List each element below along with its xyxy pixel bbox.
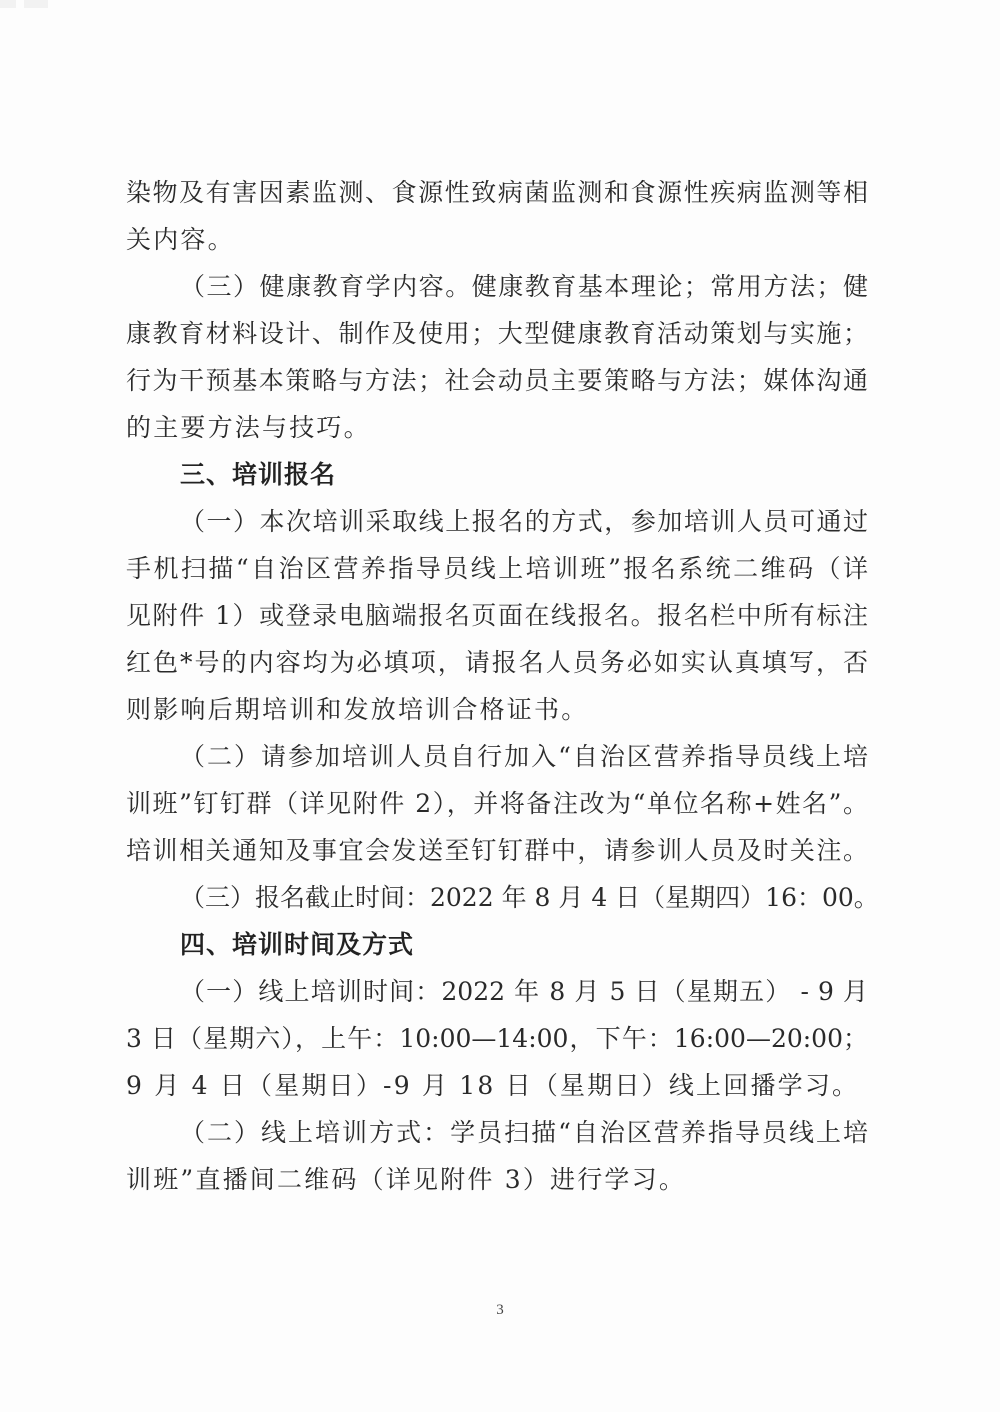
paragraph-line: 3 日（星期六），上午：10:00—14:00，下午：16:00—20:00；	[126, 1015, 868, 1062]
paragraph-line: （二）请参加培训人员自行加入“自治区营养指导员线上培	[126, 733, 868, 780]
paragraph-line: （一）本次培训采取线上报名的方式，参加培训人员可通过	[126, 498, 868, 545]
scan-artifact	[0, 0, 100, 8]
paragraph-line: （三）报名截止时间：2022 年 8 月 4 日（星期四）16：00。	[126, 874, 868, 921]
page-number: 3	[0, 1302, 1000, 1319]
paragraph-line: 训班”钉钉群（详见附件 2），并将备注改为“单位名称+姓名”。	[126, 780, 868, 827]
paragraph-line: 手机扫描“自治区营养指导员线上培训班”报名系统二维码（详	[126, 545, 868, 592]
section-heading: 四、培训时间及方式	[126, 921, 868, 968]
paragraph-line: 9 月 4 日（星期日）-9 月 18 日（星期日）线上回播学习。	[126, 1062, 868, 1109]
paragraph-line: （一）线上培训时间：2022 年 8 月 5 日（星期五） - 9 月	[126, 968, 868, 1015]
paragraph-line: 则影响后期培训和发放培训合格证书。	[126, 686, 868, 733]
paragraph-line: 的主要方法与技巧。	[126, 404, 868, 451]
paragraph-line: 培训相关通知及事宜会发送至钉钉群中，请参训人员及时关注。	[126, 827, 868, 874]
paragraph-line: 行为干预基本策略与方法；社会动员主要策略与方法；媒体沟通	[126, 357, 868, 404]
paragraph-line: 见附件 1）或登录电脑端报名页面在线报名。报名栏中所有标注	[126, 592, 868, 639]
section-heading: 三、培训报名	[126, 451, 868, 498]
paragraph-line: 康教育材料设计、制作及使用；大型健康教育活动策划与实施；	[126, 310, 868, 357]
document-page-body: 染物及有害因素监测、食源性致病菌监测和食源性疾病监测等相 关内容。 （三）健康教…	[126, 169, 868, 1203]
paragraph-line: （三）健康教育学内容。健康教育基本理论；常用方法；健	[126, 263, 868, 310]
paragraph-line: （二）线上培训方式：学员扫描“自治区营养指导员线上培	[126, 1109, 868, 1156]
paragraph-line: 红色*号的内容均为必填项，请报名人员务必如实认真填写，否	[126, 639, 868, 686]
paragraph-line: 训班”直播间二维码（详见附件 3）进行学习。	[126, 1156, 868, 1203]
paragraph-line: 关内容。	[126, 216, 868, 263]
paragraph-line: 染物及有害因素监测、食源性致病菌监测和食源性疾病监测等相	[126, 169, 868, 216]
